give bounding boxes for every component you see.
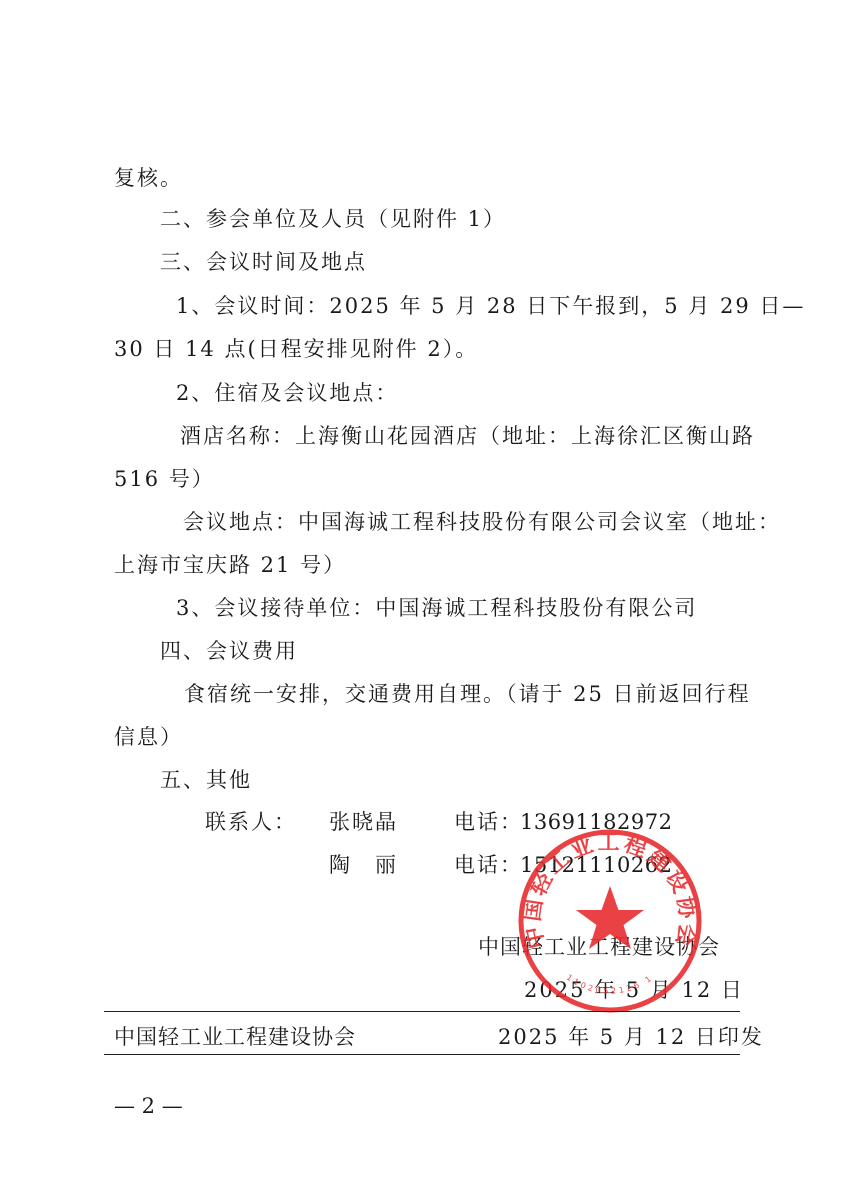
footer-issue-date: 2025 年 5 月 12 日印发 xyxy=(498,1025,764,1049)
text-line-hotel: 酒店名称：上海衡山花园酒店（地址：上海徐汇区衡山路 xyxy=(180,424,755,448)
contact-phone-label: 电话： xyxy=(454,810,523,834)
text-line: 复核。 xyxy=(114,166,183,190)
section-heading-fees: 四、会议费用 xyxy=(160,639,298,663)
contact-name: 张晓晶 xyxy=(329,810,398,834)
contact-name: 陶 丽 xyxy=(329,853,398,877)
svg-text:中国轻工业工程建设协会: 中国轻工业工程建设协会 xyxy=(519,830,700,951)
footer-top-rule xyxy=(104,1011,740,1012)
text-line: 30 日 14 点(日程安排见附件 2）。 xyxy=(114,337,478,361)
text-line-venue: 会议地点：中国海诚工程科技股份有限公司会议室（地址： xyxy=(183,510,781,534)
text-line-accommodation: 2、住宿及会议地点： xyxy=(176,381,398,405)
page-number: — 2 — xyxy=(114,1094,183,1118)
footer-bottom-rule xyxy=(104,1054,740,1055)
footer-issuer: 中国轻工业工程建设协会 xyxy=(114,1025,356,1049)
contacts-label: 联系人： xyxy=(205,810,297,834)
text-line-fees: 食宿统一安排，交通费用自理。（请于 25 日前返回行程 xyxy=(184,682,751,706)
contact-phone-label: 电话： xyxy=(454,853,523,877)
text-line: 信息） xyxy=(114,725,183,749)
text-line-host: 3、会议接待单位：中国海诚工程科技股份有限公司 xyxy=(176,596,697,620)
signature-org: 中国轻工业工程建设协会 xyxy=(478,935,720,959)
section-heading-time-location: 三、会议时间及地点 xyxy=(160,250,367,274)
signature-date: 2025 年 5 月 12 日 xyxy=(524,978,744,1002)
section-heading-other: 五、其他 xyxy=(160,768,252,792)
contact-phone: 13691182972 xyxy=(520,810,672,834)
contact-phone: 15121110262 xyxy=(520,853,672,877)
text-line: 516 号） xyxy=(114,467,215,491)
text-line: 上海市宝庆路 21 号） xyxy=(114,553,346,577)
section-heading-participants: 二、参会单位及人员（见附件 1） xyxy=(160,207,506,231)
text-line-meeting-time: 1、会议时间：2025 年 5 月 28 日下午报到，5 月 29 日— xyxy=(176,294,805,318)
